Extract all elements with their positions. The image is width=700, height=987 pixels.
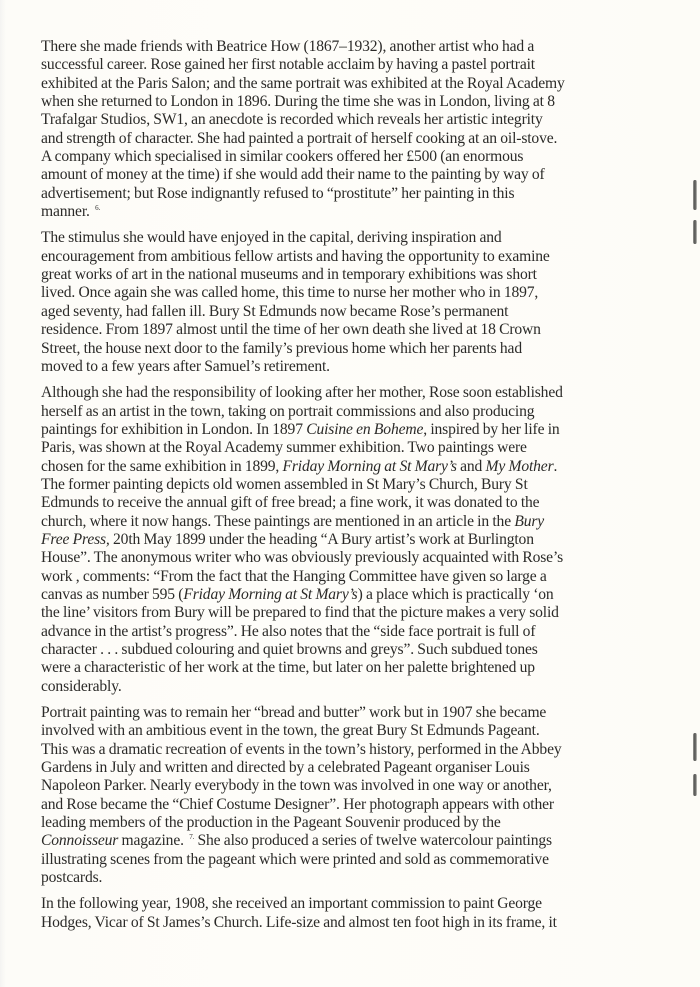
text-line: residence. From 1897 almost until the ti… bbox=[41, 321, 581, 339]
text-line: Edmunds to receive the annual gift of fr… bbox=[41, 494, 581, 512]
text-line: House”. The anonymous writer who was obv… bbox=[41, 549, 581, 567]
text-line: In the following year, 1908, she receive… bbox=[41, 895, 581, 913]
text-line: advance in the artist’s progress”. He al… bbox=[41, 623, 581, 641]
text-line: Gardens in July and written and directed… bbox=[41, 759, 581, 777]
text-line: aged seventy, had fallen ill. Bury St Ed… bbox=[41, 303, 581, 321]
text-line: exhibited at the Paris Salon; and the sa… bbox=[41, 75, 581, 93]
text-line: Connoisseur magazine. 7. She also produc… bbox=[41, 832, 581, 850]
staple-mark bbox=[693, 220, 697, 244]
staple-mark bbox=[693, 733, 697, 761]
text-line: moved to a few years after Samuel’s reti… bbox=[41, 358, 581, 376]
text-line: Portrait painting was to remain her “bre… bbox=[41, 704, 581, 722]
text-line: when she returned to London in 1896. Dur… bbox=[41, 93, 581, 111]
text-line: Free Press, 20th May 1899 under the head… bbox=[41, 531, 581, 549]
text-line: postcards. bbox=[41, 869, 581, 887]
text-line: manner. 6. bbox=[41, 203, 581, 221]
staple-mark bbox=[693, 180, 697, 210]
text-line: successful career. Rose gained her first… bbox=[41, 56, 581, 74]
italic-title: My Mother bbox=[486, 458, 554, 475]
text-line: A company which specialised in similar c… bbox=[41, 148, 581, 166]
text-line: Napoleon Parker. Nearly everybody in the… bbox=[41, 777, 581, 795]
text-line: and strength of character. She had paint… bbox=[41, 130, 581, 148]
staple-mark bbox=[693, 774, 697, 796]
text-line: the line’ visitors from Bury will be pre… bbox=[41, 604, 581, 622]
text-line: considerably. bbox=[41, 678, 581, 696]
text-line: great works of art in the national museu… bbox=[41, 266, 581, 284]
paragraph: The stimulus she would have enjoyed in t… bbox=[41, 229, 581, 376]
paragraph: Although she had the responsibility of l… bbox=[41, 384, 581, 696]
scanned-page: There she made friends with Beatrice How… bbox=[0, 0, 700, 987]
text-line: The stimulus she would have enjoyed in t… bbox=[41, 229, 581, 247]
footnote-marker: 6. bbox=[95, 204, 100, 212]
text-line: encouragement from ambitious fellow arti… bbox=[41, 248, 581, 266]
text-line: Hodges, Vicar of St James’s Church. Life… bbox=[41, 914, 581, 932]
italic-title: Friday Morning at St Mary’s bbox=[283, 458, 457, 475]
text-line: The former painting depicts old women as… bbox=[41, 476, 581, 494]
text-line: were a characteristic of her work at the… bbox=[41, 659, 581, 677]
text-line: paintings for exhibition in London. In 1… bbox=[41, 421, 581, 439]
italic-title: Free Press, bbox=[41, 531, 110, 548]
text-line: Trafalgar Studios, SW1, an anecdote is r… bbox=[41, 111, 581, 129]
paragraph: In the following year, 1908, she receive… bbox=[41, 895, 581, 932]
text-line: Although she had the responsibility of l… bbox=[41, 384, 581, 402]
text-line: leading members of the production in the… bbox=[41, 814, 581, 832]
text-line: Paris, was shown at the Royal Academy su… bbox=[41, 439, 581, 457]
italic-title: Friday Morning at St Mary’s bbox=[183, 586, 357, 603]
paragraph: Portrait painting was to remain her “bre… bbox=[41, 704, 581, 887]
text-line: church, where it now hangs. These painti… bbox=[41, 513, 581, 531]
italic-title: Connoisseur bbox=[41, 832, 118, 849]
paragraph: There she made friends with Beatrice How… bbox=[41, 38, 581, 221]
body-text: There she made friends with Beatrice How… bbox=[41, 38, 581, 940]
text-line: amount of money at the time) if she woul… bbox=[41, 166, 581, 184]
text-line: lived. Once again she was called home, t… bbox=[41, 284, 581, 302]
text-line: and Rose became the “Chief Costume Desig… bbox=[41, 796, 581, 814]
text-line: canvas as number 595 (Friday Morning at … bbox=[41, 586, 581, 604]
text-line: Street, the house next door to the famil… bbox=[41, 340, 581, 358]
text-line: illustrating scenes from the pageant whi… bbox=[41, 851, 581, 869]
text-line: This was a dramatic recreation of events… bbox=[41, 741, 581, 759]
text-line: herself as an artist in the town, taking… bbox=[41, 403, 581, 421]
text-line: chosen for the same exhibition in 1899, … bbox=[41, 458, 581, 476]
text-line: advertisement; but Rose indignantly refu… bbox=[41, 185, 581, 203]
text-line: There she made friends with Beatrice How… bbox=[41, 38, 581, 56]
text-line: work , comments: “From the fact that the… bbox=[41, 568, 581, 586]
text-line: character . . . subdued colouring and qu… bbox=[41, 641, 581, 659]
footnote-marker: 7. bbox=[189, 833, 194, 841]
italic-title: Bury bbox=[514, 513, 544, 530]
text-line: involved with an ambitious event in the … bbox=[41, 722, 581, 740]
italic-title: Cuisine en Boheme bbox=[306, 421, 423, 438]
